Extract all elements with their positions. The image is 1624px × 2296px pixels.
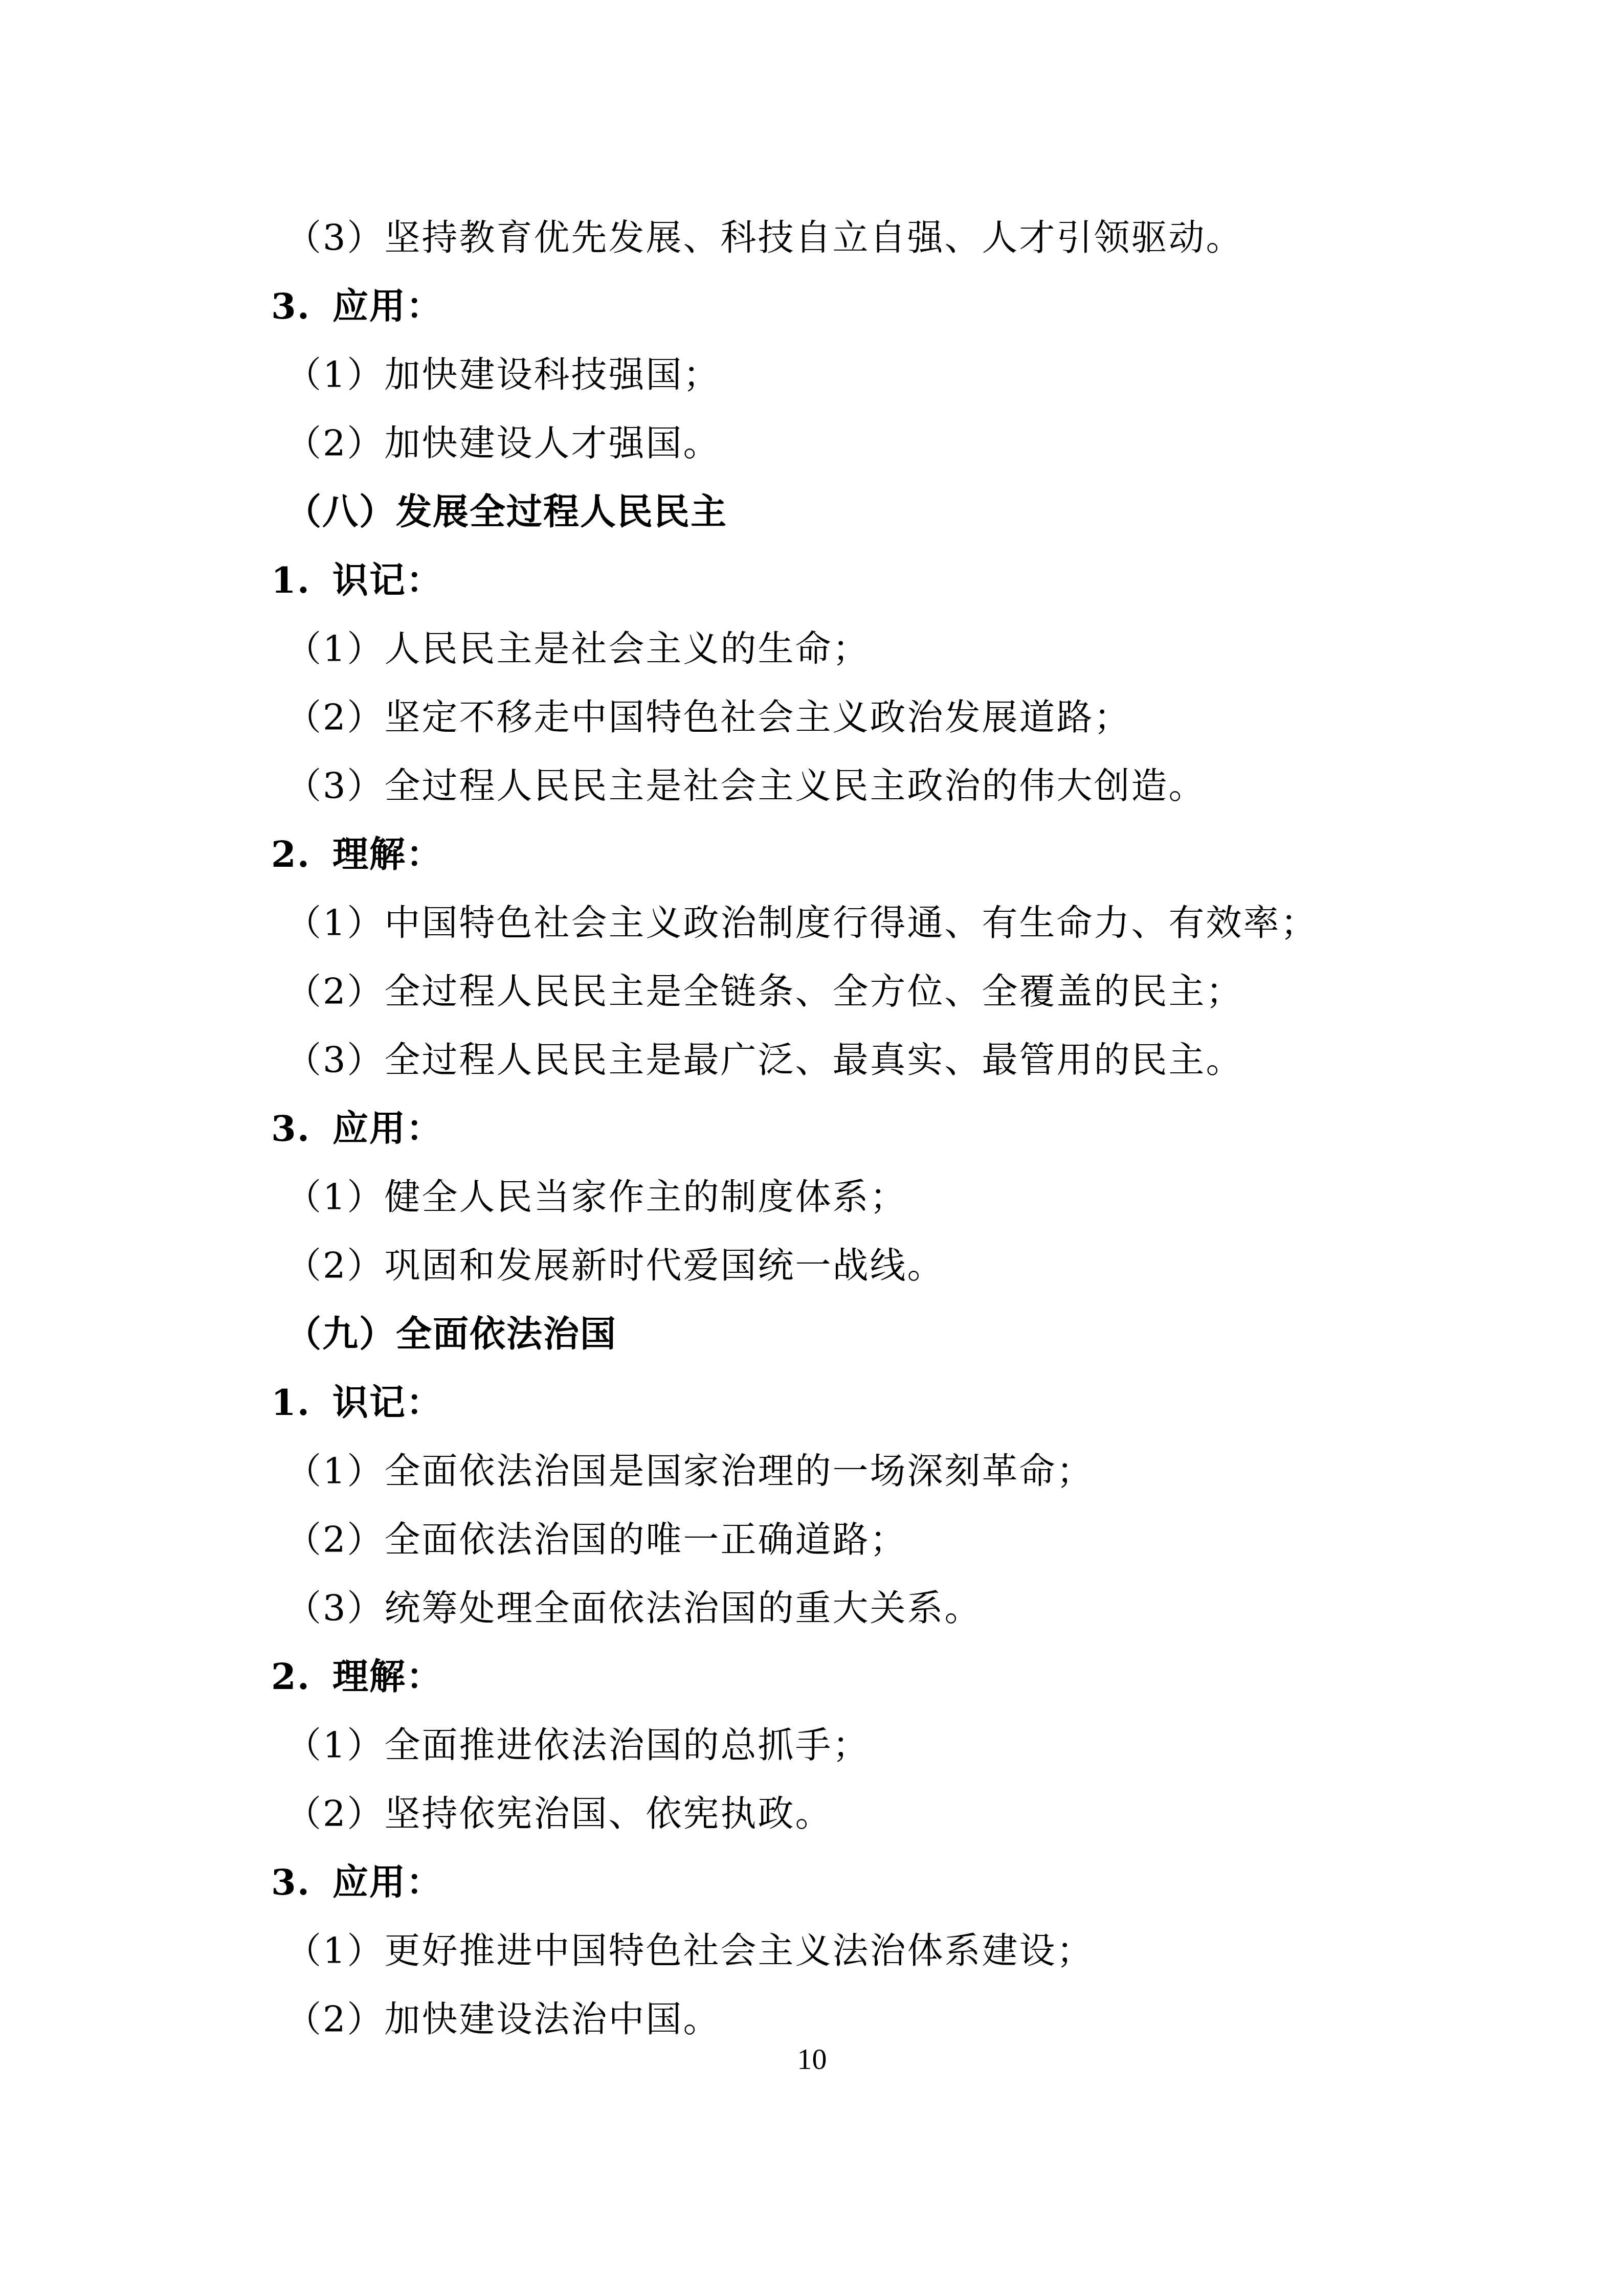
list-item: （1）中国特色社会主义政治制度行得通、有生命力、有效率； [271, 889, 1355, 957]
subheading: 3.应用： [271, 272, 1355, 341]
section-heading: （九）全面依法治国 [271, 1300, 1355, 1368]
subheading: 3.应用： [271, 1848, 1355, 1917]
subheading-label: 理解： [332, 833, 443, 875]
subheading-number: 1. [271, 546, 332, 615]
list-item: （1）加快建设科技强国； [271, 341, 1355, 409]
list-item: （1）健全人民当家作主的制度体系； [271, 1163, 1355, 1231]
list-item: （2）坚持依宪治国、依宪执政。 [271, 1780, 1355, 1848]
list-item: （2）巩固和发展新时代爱国统一战线。 [271, 1231, 1355, 1300]
subheading-number: 3. [271, 1848, 332, 1917]
list-item: （3）统筹处理全面依法治国的重大关系。 [271, 1574, 1355, 1642]
subheading-number: 1. [271, 1368, 332, 1437]
subheading-number: 2. [271, 1642, 332, 1711]
subheading-label: 应用： [332, 1861, 443, 1903]
subheading: 2.理解： [271, 820, 1355, 889]
subheading-label: 识记： [332, 559, 443, 601]
subheading: 1.识记： [271, 1368, 1355, 1437]
subheading-number: 2. [271, 820, 332, 889]
page-number: 10 [0, 2041, 1624, 2077]
subheading-number: 3. [271, 272, 332, 341]
list-item: （3）坚持教育优先发展、科技自立自强、人才引领驱动。 [271, 204, 1355, 272]
list-item: （3）全过程人民民主是社会主义民主政治的伟大创造。 [271, 752, 1355, 820]
subheading: 2.理解： [271, 1642, 1355, 1711]
subheading: 3.应用： [271, 1094, 1355, 1163]
list-item: （2）坚定不移走中国特色社会主义政治发展道路； [271, 683, 1355, 752]
subheading-label: 应用： [332, 1107, 443, 1150]
subheading-number: 3. [271, 1094, 332, 1163]
list-item: （2）加快建设人才强国。 [271, 409, 1355, 478]
page-content: （3）坚持教育优先发展、科技自立自强、人才引领驱动。 3.应用： （1）加快建设… [271, 204, 1355, 2054]
list-item: （1）全面推进依法治国的总抓手； [271, 1711, 1355, 1780]
list-item: （1）全面依法治国是国家治理的一场深刻革命； [271, 1437, 1355, 1505]
subheading-label: 理解： [332, 1655, 443, 1698]
section-heading: （八）发展全过程人民民主 [271, 478, 1355, 546]
document-page: （3）坚持教育优先发展、科技自立自强、人才引领驱动。 3.应用： （1）加快建设… [0, 0, 1624, 2296]
list-item: （2）全过程人民民主是全链条、全方位、全覆盖的民主； [271, 957, 1355, 1026]
subheading: 1.识记： [271, 546, 1355, 615]
subheading-label: 识记： [332, 1381, 443, 1424]
list-item: （3）全过程人民民主是最广泛、最真实、最管用的民主。 [271, 1026, 1355, 1094]
list-item: （1）人民民主是社会主义的生命； [271, 615, 1355, 683]
subheading-label: 应用： [332, 285, 443, 327]
list-item: （2）全面依法治国的唯一正确道路； [271, 1505, 1355, 1574]
list-item: （1）更好推进中国特色社会主义法治体系建设； [271, 1917, 1355, 1985]
